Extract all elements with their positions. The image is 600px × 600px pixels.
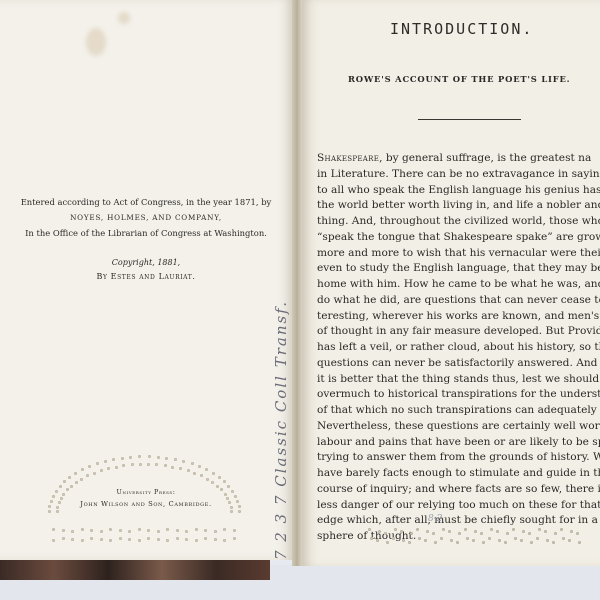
copyright-notice: Entered according to Act of Congress, in…	[0, 197, 292, 281]
text-line: edge which, after all, must be chiefly s…	[317, 513, 600, 529]
text-line: thing. And, throughout the civilized wor…	[317, 214, 600, 230]
text-line: the world better worth living in, and li…	[317, 198, 600, 214]
left-page: Entered according to Act of Congress, in…	[0, 0, 292, 560]
text-line: has left a veil, or rather cloud, about …	[317, 340, 600, 356]
pencil-mark: 8-2	[428, 514, 443, 524]
chapter-subtitle: ROWE'S ACCOUNT OF THE POET'S LIFE.	[348, 74, 570, 84]
text-line: Shakespeare, by general suffrage, is the…	[317, 151, 600, 167]
text-line: of that which no such transpirations can…	[317, 403, 600, 419]
printer-line-1: University Press:	[0, 488, 292, 496]
copyright-line-2: NOYES, HOLMES, AND COMPANY,	[0, 213, 292, 222]
text-line: course of inquiry; and where facts are s…	[317, 482, 600, 498]
text-line: more and more to wish that his vernacula…	[317, 246, 600, 262]
printer-line-2: John Wilson and Son, Cambridge.	[0, 500, 292, 508]
text-line: overmuch to historical transpirations fo…	[317, 387, 600, 403]
body-text: Shakespeare, by general suffrage, is the…	[317, 151, 600, 545]
book-gutter	[292, 0, 302, 566]
copyright-line-5: By Estes and Lauriat.	[0, 272, 292, 281]
lead-word: Shakespeare	[317, 152, 379, 164]
copyright-line-3: In the Office of the Librarian of Congre…	[0, 228, 292, 238]
text-line: even to study the English language, that…	[317, 261, 600, 277]
text-line: have barely facts enough to stimulate an…	[317, 466, 600, 482]
margin-annotation: 7 2 3 7 Classic Coll Transf.	[272, 300, 290, 560]
title-rule	[418, 119, 521, 120]
perforation-stamp-right	[368, 528, 588, 558]
printer-imprint: University Press: John Wilson and Son, C…	[0, 488, 292, 508]
text-line: to all who speak the English language hi…	[317, 183, 600, 199]
text-line: Nevertheless, these questions are certai…	[317, 419, 600, 435]
text-line: questions can never be satisfactorily an…	[317, 356, 600, 372]
text-line: teresting, wherever his works are known,…	[317, 309, 600, 325]
chapter-title: INTRODUCTION.	[390, 20, 533, 38]
copyright-line-4: Copyright, 1881,	[0, 258, 292, 267]
text-line: less danger of our relying too much on t…	[317, 498, 600, 514]
text-line: do what he did, are questions that can n…	[317, 293, 600, 309]
text-line: it is better that the thing stands thus,…	[317, 372, 600, 388]
text-line: in Literature. There can be no extravaga…	[317, 167, 600, 183]
text-line: “speak the tongue that Shakespeare spake…	[317, 230, 600, 246]
text-line: of thought in any fair measure developed…	[317, 324, 600, 340]
text-line: labour and pains that have been or are l…	[317, 435, 600, 451]
text-line: trying to answer them from the grounds o…	[317, 450, 600, 466]
text-line: home with him. How he came to be what he…	[317, 277, 600, 293]
copyright-line-1: Entered according to Act of Congress, in…	[0, 197, 292, 207]
